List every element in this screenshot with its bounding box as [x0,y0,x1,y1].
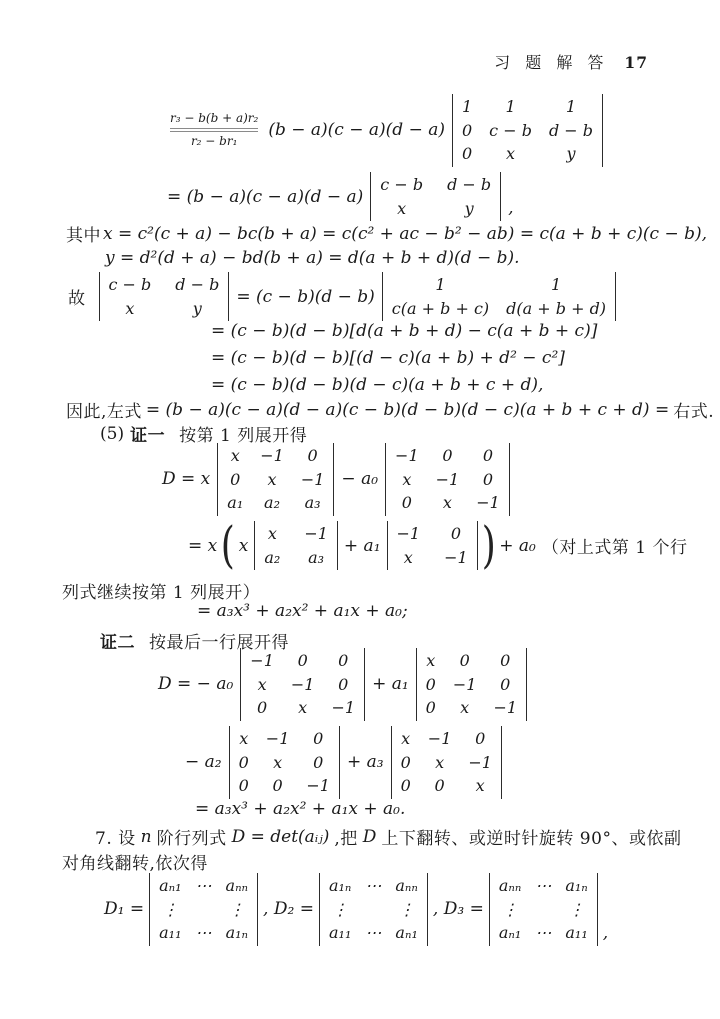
det-cell: x [426,652,435,670]
equation-reduced: = (b − a)(c − a)(d − a) c − bd − bxy , [167,172,514,221]
part-number: (5) [100,424,124,444]
det-cell: 0 [475,730,485,748]
det-cell: c(a + b + c) [392,300,489,318]
det-cell: d(a + b + d) [506,300,606,318]
det-cell: −1 [428,730,452,748]
p7-text-2: 阶行列式 [157,824,227,849]
polynomial-1-math: = a₃x³ + a₂x² + a₁x + a₀; [197,601,408,621]
hence-step-3-math: = (c − b)(d − b)(d − c)(a + b + c + d), [211,375,543,395]
hence-step-2-math: = (c − b)(d − b)[(d − c)(a + b) + d² − c… [211,348,565,368]
stretched-equals-bar [170,128,258,133]
det-cell: x [402,471,411,489]
p7-var-n: n [141,827,152,847]
det-cell: a₁₁ [329,924,351,942]
det-cell: 0 [462,145,472,163]
det-cell: ⋯ [196,877,212,895]
determinant-d3: aₙₙ⋯a₁ₙ⋮⋮aₙ₁⋯a₁₁ [489,873,598,946]
det-cell: x [239,730,248,748]
determinant-2x2-right: 11c(a + b + c)d(a + b + d) [382,272,616,321]
det-cell: −1 [453,676,477,694]
det-cell: aₙ₁ [159,877,181,895]
det-cell: aₙ₁ [395,924,417,942]
d1-label: D₁ = [104,899,144,919]
trailing-comma-2: , [603,923,608,943]
det-cell: ⋮ [162,901,178,919]
det-cell: −1 [397,525,421,543]
det-cell: −1 [304,525,328,543]
d-lead: D = x [162,469,210,489]
row-op-top: r₃ − b(b + a)r₂ [170,112,258,126]
det-cell: x [435,754,444,772]
determinant-2x2-a: x−1a₂a₃ [254,521,338,570]
det-cell: 0 [462,122,472,140]
d2-mid: + a₁ [372,674,409,694]
where-y-math: y = d²(d + a) − bd(b + a) = d(a + b + d)… [105,248,520,268]
determinant-3x3-a: x−100x−1a₁a₂a₃ [217,443,334,516]
row-operation-equals: r₃ − b(b + a)r₂ r₂ − br₁ [170,112,258,149]
det-cell: 1 [462,98,472,116]
determinant-2x2-b: −10x−1 [387,521,478,570]
det-cell: −1 [260,447,284,465]
det-cell: 0 [308,447,318,465]
det-cell: ⋯ [365,877,381,895]
det-cell: 1 [435,276,445,294]
expansion-equation-4: − a₂ x−100x000−1 + a₃ x−100x−100x [185,726,502,799]
determinant-3x3-c: −100x−100x−1 [240,648,365,721]
det-cell: −1 [331,699,355,717]
det-cell: aₙₙ [395,877,418,895]
step-tail: + a₀ [499,536,536,556]
det-cell: 0 [313,730,323,748]
det-cell: y [193,300,202,318]
det-cell: −1 [301,471,325,489]
det-cell: 0 [451,525,461,543]
det-cell: 0 [460,652,470,670]
det-cell: ⋯ [535,924,551,942]
proof2-label: 证二 [100,628,135,653]
determinant-3x3-b: −100x−100x−1 [385,443,510,516]
trailing-comma: , [508,198,513,218]
polynomial-2-math: = a₃x³ + a₂x² + a₁x + a₀. [195,799,405,819]
equation-elimination-step: r₃ − b(b + a)r₂ r₂ − br₁ (b − a)(c − a)(… [170,94,603,167]
det-cell: c − b [380,176,423,194]
det-cell: a₁₁ [159,924,181,942]
problem-7-line-1: 7. 设 n 阶行列式 D = det(aᵢⱼ) ,把 D 上下翻转、或逆时针旋… [95,824,681,849]
det-cell: x [231,447,240,465]
conclusion-math: = (b − a)(c − a)(d − a)(c − b)(d − b)(d … [146,400,669,420]
det-cell: 0 [239,777,249,795]
p7-var-d: D [363,827,377,847]
det-cell: ⋮ [399,901,415,919]
note-continuation: 列式继续按第 1 列展开） [62,578,260,603]
det-cell: −1 [493,699,517,717]
det-cell: x [404,549,413,567]
p7-text-1: 7. 设 [95,824,136,849]
conclusion-line: 因此,左式 = (b − a)(c − a)(d − a)(c − b)(d −… [66,397,714,422]
det-cell: 0 [298,652,308,670]
det-cell: a₃ [308,549,324,567]
det-cell: x [506,145,515,163]
where-clause-x: 其中 x = c²(c + a) − bc(b + a) = c(c² + ac… [66,221,707,246]
det-cell: a₁ₙ [226,924,248,942]
p7-det-def: D = det(aᵢⱼ) [232,827,330,847]
det-cell: ⋮ [569,901,585,919]
expansion-equation-3: D = − a₀ −100x−100x−1 + a₁ x000−100x−1 [158,648,527,721]
d2b-mid: + a₃ [347,752,384,772]
det-cell: 0 [426,676,436,694]
determinant-3x3: 1110c − bd − b0xy [452,94,603,167]
det-cell: 0 [426,699,436,717]
det-cell: d − b [175,276,219,294]
det-cell: ⋮ [502,901,518,919]
determinant-d2: a₁ₙ⋯aₙₙ⋮⋮a₁₁⋯aₙ₁ [319,873,428,946]
d3-label: , D₃ = [433,899,484,919]
det-cell: a₃ [305,494,321,512]
det-cell: x [476,777,485,795]
det-cell: 0 [401,754,411,772]
det-cell: 0 [500,676,510,694]
hence-label: 故 [68,284,86,309]
expansion-equation-1: D = x x−100x−1a₁a₂a₃ − a₀ −100x−100x−1 [162,443,510,516]
conclusion-pre: 因此,左式 [66,397,142,422]
p7-text-3: ,把 [334,824,357,849]
p7-text-4: 上下翻转、或逆时针旋转 90°、或依副 [381,824,681,849]
big-left-paren: ( [221,524,235,567]
hence-factor: = (c − b)(d − b) [236,287,374,307]
proof1-label: 证一 [130,421,165,446]
det-cell: a₂ [264,549,280,567]
det-cell: 0 [273,777,283,795]
page-header: 习 题 解 答17 [0,50,648,73]
det-cell: 0 [402,494,412,512]
det-cell: a₂ [264,494,280,512]
inner-x: x [239,536,249,556]
det-cell: ⋮ [332,901,348,919]
det-cell: x [268,525,277,543]
step-mid: + a₁ [344,536,381,556]
where-x-math: x = c²(c + a) − bc(b + a) = c(c² + ac − … [103,224,707,244]
determinant-3x3-f: x−100x−100x [391,726,502,799]
det-cell: aₙ₁ [499,924,521,942]
det-cell: 0 [483,447,493,465]
det-cell: c − b [109,276,152,294]
det-cell: x [460,699,469,717]
hence-step-1: = (c − b)(d − b)[d(a + b + d) − c(a + b … [211,321,597,341]
det-cell: 0 [230,471,240,489]
det-cell: −1 [306,777,330,795]
det-cell: −1 [468,754,492,772]
det-cell: 0 [338,676,348,694]
det-cell: a₁ₙ [565,877,587,895]
step-lead: = x [188,536,217,556]
det-cell: a₁₁ [565,924,587,942]
det-cell: −1 [444,549,468,567]
hence-step-3: = (c − b)(d − b)(d − c)(a + b + c + d), [211,375,543,395]
det-cell: 0 [338,652,348,670]
d2b-lead: − a₂ [185,752,222,772]
det-cell: a₁ₙ [329,877,351,895]
conclusion-post: 右式. [673,397,714,422]
det-cell: aₙₙ [226,877,249,895]
det-cell: 1 [566,98,576,116]
det-cell: x [268,471,277,489]
determinant-3x3-e: x−100x000−1 [229,726,340,799]
row-op-bottom: r₂ − br₁ [191,135,237,149]
determinant-2x2: c − bd − bxy [370,172,501,221]
det-cell: d − b [549,122,593,140]
det-cell: ⋯ [196,924,212,942]
det-cell: ⋯ [365,924,381,942]
det-cell: x [258,676,267,694]
where-label: 其中 [66,221,101,246]
det-cell: 0 [239,754,249,772]
hence-step-2: = (c − b)(d − b)[(d − c)(a + b) + d² − c… [211,348,565,368]
p7-line2-text: 对角线翻转,依次得 [62,854,208,874]
det-cell: c − b [489,122,532,140]
det-cell: x [443,494,452,512]
hence-equation: 故 c − bd − bxy = (c − b)(d − b) 11c(a + … [68,272,616,321]
polynomial-result-2: = a₃x³ + a₂x² + a₁x + a₀. [195,799,405,819]
det-cell: x [298,699,307,717]
d2-label: , D₂ = [263,899,314,919]
det-cell: 0 [442,447,452,465]
running-head-title: 习 题 解 答 [494,53,608,72]
det-cell: −1 [291,676,315,694]
det-cell: −1 [476,494,500,512]
big-right-paren: ) [481,524,495,567]
det-cell: −1 [266,730,290,748]
det-cell: 1 [505,98,515,116]
determinant-3x3-d: x000−100x−1 [416,648,527,721]
det-cell: 0 [483,471,493,489]
det-cell: −1 [250,652,274,670]
textbook-page: 习 题 解 答17 r₃ − b(b + a)r₂ r₂ − br₁ (b − … [0,0,720,1019]
det-cell: x [125,300,134,318]
d-mid: − a₀ [341,469,378,489]
page-number: 17 [624,53,648,72]
factor-product: (b − a)(c − a)(d − a) [268,120,445,140]
det-cell: aₙₙ [499,877,522,895]
d2-lead: D = − a₀ [158,674,233,694]
det-cell: −1 [436,471,460,489]
det-cell: 0 [401,777,411,795]
where-clause-y: y = d²(d + a) − bd(b + a) = d(a + b + d)… [105,248,520,268]
det-cell: 0 [257,699,267,717]
equation-lead: = (b − a)(c − a)(d − a) [167,187,363,207]
det-cell: a₁ [227,494,243,512]
expansion-equation-2: = x ( x x−1a₂a₃ + a₁ −10x−1 ) + a₀ （对上式第… [188,521,687,570]
det-cell: d − b [447,176,491,194]
det-cell: y [566,145,575,163]
det-cell: 0 [500,652,510,670]
det-cell: x [397,200,406,218]
det-cell: x [273,754,282,772]
problem-7-determinants: D₁ = aₙ₁⋯aₙₙ⋮⋮a₁₁⋯a₁ₙ , D₂ = a₁ₙ⋯aₙₙ⋮⋮a₁… [104,873,608,946]
note-continuation-text: 列式继续按第 1 列展开） [62,583,260,603]
det-cell: y [465,200,474,218]
polynomial-result-1: = a₃x³ + a₂x² + a₁x + a₀; [197,601,408,621]
det-cell: ⋯ [535,877,551,895]
determinant-d1: aₙ₁⋯aₙₙ⋮⋮a₁₁⋯a₁ₙ [149,873,258,946]
det-cell: 0 [313,754,323,772]
hence-step-1-math: = (c − b)(d − b)[d(a + b + d) − c(a + b … [211,321,597,341]
det-cell: 1 [551,276,561,294]
inline-note: （对上式第 1 个行 [542,533,688,558]
det-cell: x [401,730,410,748]
det-cell: 0 [434,777,444,795]
det-cell: −1 [395,447,419,465]
problem-7-line-2: 对角线翻转,依次得 [62,849,208,874]
det-cell: ⋮ [229,901,245,919]
determinant-2x2-left: c − bd − bxy [99,272,230,321]
